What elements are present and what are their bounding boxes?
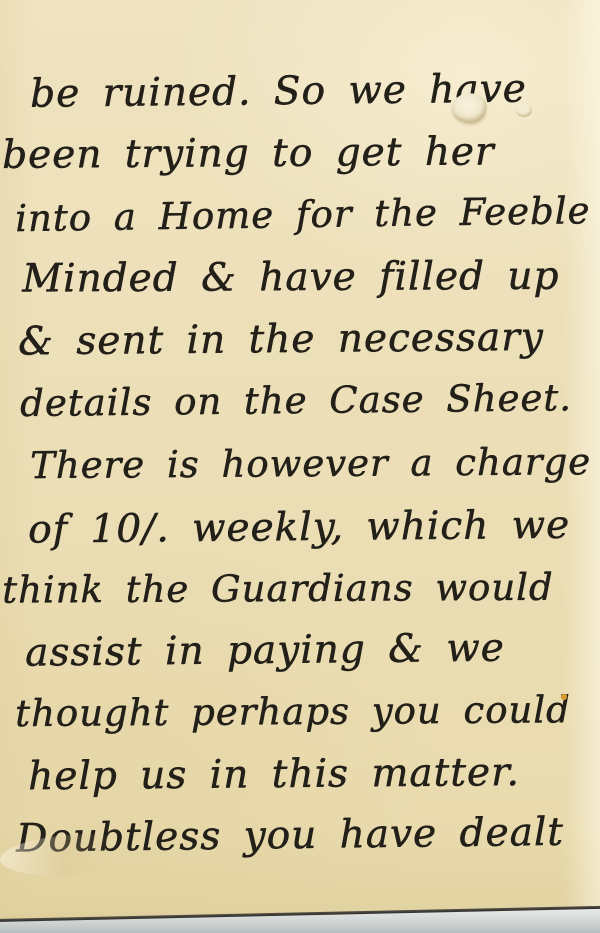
handwritten-line-8: of 10/. weekly, which we	[28, 506, 570, 550]
handwritten-line-4: Minded & have filled up	[22, 257, 560, 299]
handwritten-line-10: assist in paying & we	[25, 628, 505, 672]
handwritten-line-6: details on the Case Sheet.	[20, 379, 572, 422]
handwritten-line-7: There is however a charge	[30, 443, 591, 484]
handwritten-line-5: & sent in the necessary	[18, 318, 544, 362]
handwritten-line-11: thought perhaps you could	[15, 691, 571, 732]
handwritten-line-9: think the Guardians would	[2, 569, 554, 609]
letter-paper: be ruined. So we have been trying to get…	[0, 0, 600, 933]
paper-dent-blemish	[516, 104, 532, 117]
handwritten-line-2: been trying to get her	[2, 132, 495, 174]
handwritten-line-3: into a Home for the Feeble	[15, 192, 591, 237]
scanned-letter-page: be ruined. So we have been trying to get…	[0, 0, 600, 933]
handwritten-line-12: help us in this matter.	[28, 753, 520, 796]
